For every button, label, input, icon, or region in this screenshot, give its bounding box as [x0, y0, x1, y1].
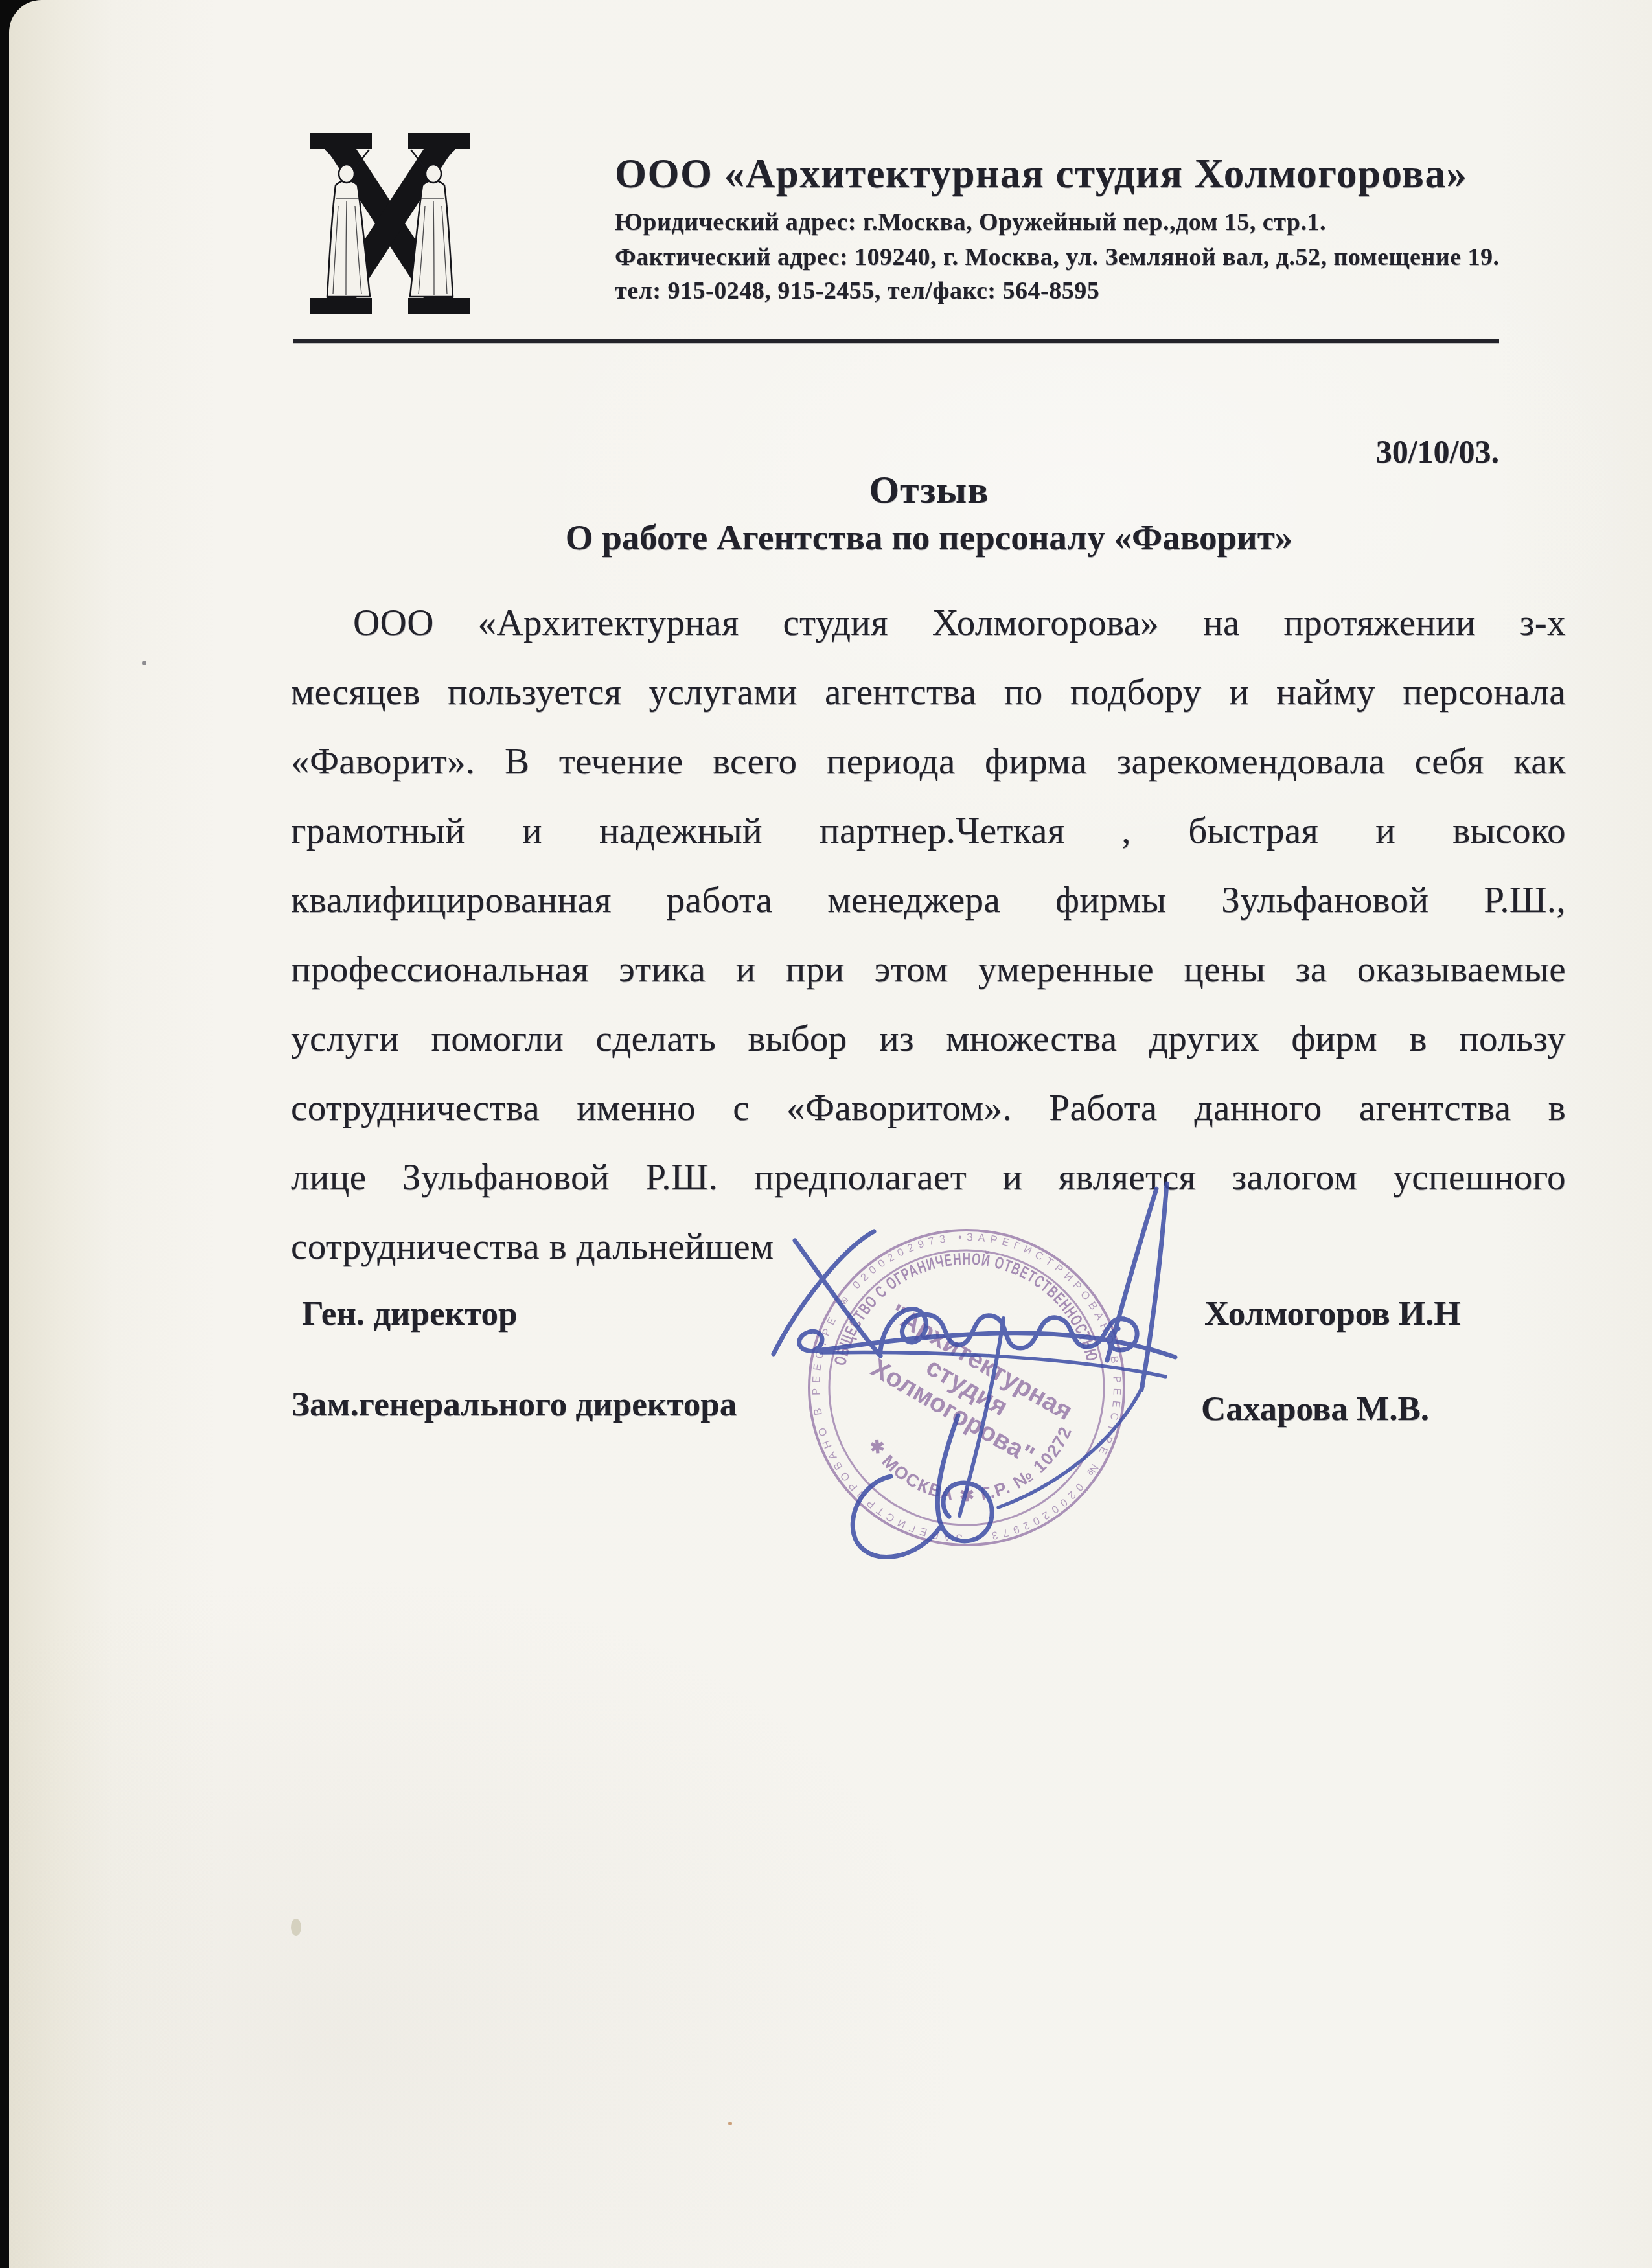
body-line: грамотный и надежный партнер.Четкая , бы… — [291, 796, 1566, 865]
document-date: 30/10/03. — [1227, 433, 1499, 470]
signature-name-kholmogorov: Холмогоров И.Н — [1204, 1294, 1461, 1333]
body-line: квалифицированная работа менеджера фирмы… — [291, 865, 1566, 935]
paper-speck — [291, 1919, 301, 1936]
body-line: ООО «Архитектурная студия Холмогорова» н… — [291, 588, 1566, 658]
signature-role-deputy-director: Зам.генерального директора — [292, 1385, 737, 1424]
paper-sheet: ООО «Архитектурная студия Холмогорова» Ю… — [9, 0, 1652, 2268]
actual-address: Фактический адрес: 109240, г. Москва, ул… — [615, 243, 1561, 271]
document-title: Отзыв — [294, 468, 1564, 512]
body-line: «Фаворит». В течение всего периода фирма… — [291, 727, 1566, 796]
signature-role-general-director: Ген. директор — [302, 1294, 517, 1333]
body-line: услуги помогли сделать выбор из множеств… — [291, 1004, 1566, 1073]
legal-address: Юридический адрес: г.Москва, Оружейный п… — [615, 208, 1561, 236]
company-name: ООО «Архитектурная студия Холмогорова» — [615, 150, 1561, 198]
caryatid-x-logo — [307, 133, 473, 314]
signature-name-sakharova: Сахарова М.В. — [1201, 1390, 1429, 1428]
letterhead-divider — [293, 339, 1499, 343]
paper-speck — [142, 661, 146, 665]
handwritten-signature-ink — [718, 1163, 1224, 1590]
body-line: сотрудничества именно с «Фаворитом». Раб… — [291, 1073, 1566, 1143]
body-line: месяцев пользуется услугами агентства по… — [291, 658, 1566, 727]
scanned-letter-page: { "header": { "company": "ООО «Архитекту… — [0, 0, 1652, 2268]
phone-numbers: тел: 915-0248, 915-2455, тел/факс: 564-8… — [615, 277, 1561, 305]
body-line: профессиональная этика и при этом умерен… — [291, 935, 1566, 1004]
document-subtitle: О работе Агентства по персоналу «Фаворит… — [294, 517, 1564, 558]
paper-speck — [728, 2122, 732, 2125]
letterhead: ООО «Архитектурная студия Холмогорова» Ю… — [615, 150, 1561, 305]
